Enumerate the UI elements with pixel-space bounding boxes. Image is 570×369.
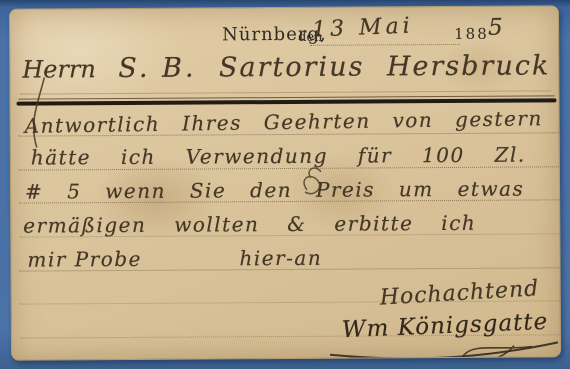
signature-flourish-loop	[462, 345, 532, 359]
handwritten-year-digit: 5	[488, 15, 503, 41]
salutation: Herrn	[22, 55, 96, 83]
address-line: Herrn S. B. Sartorius Hersbruck	[22, 50, 550, 84]
signature-flourish	[330, 342, 558, 359]
handwritten-date: 13 Mai	[312, 13, 415, 42]
divider-thick-rule	[16, 98, 556, 105]
message-line-5-left: mir Probe	[27, 247, 142, 272]
addressee-city: Hersbruck	[387, 50, 551, 82]
addressee-initials: S. B.	[118, 53, 196, 84]
message-line-5-right: hier-an	[239, 246, 322, 271]
addressee-surname: Sartorius	[219, 52, 365, 84]
date-ruled-line	[310, 44, 460, 46]
message-line-2: hätte ich Verwendung für 100 Zl.	[31, 143, 526, 170]
message-line-4: ermäßigen wollten & erbitte ich	[23, 211, 476, 238]
postcard-scan: Nürnberg, den 13 Mai 188 5 Herrn S. B. S…	[0, 0, 570, 369]
printed-year: 188	[454, 25, 489, 43]
closing: Hochachtend	[379, 276, 540, 310]
message-line-3: # 5 wenn Sie den Preis um etwas	[25, 177, 524, 204]
signature: Wm Königsgatte	[341, 309, 548, 343]
postcard: Nürnberg, den 13 Mai 188 5 Herrn S. B. S…	[9, 5, 561, 360]
address-ruled-line	[20, 90, 550, 94]
